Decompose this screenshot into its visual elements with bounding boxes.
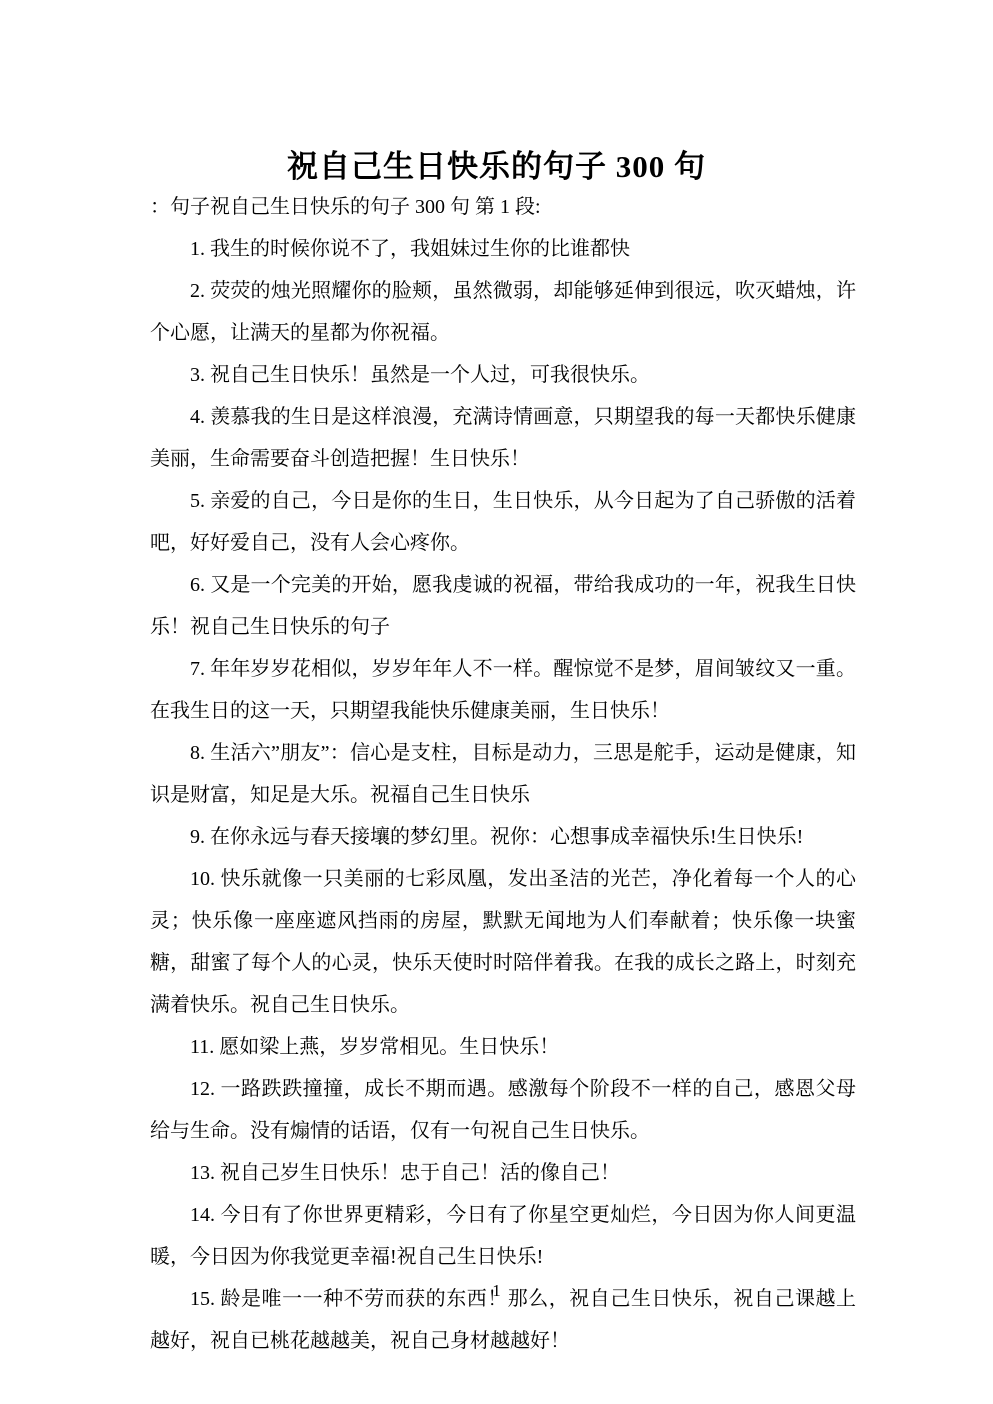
list-item-12: 12. 一路跌跌撞撞，成长不期而遇。感激每个阶段不一样的自己，感恩父母给与生命。… [150, 1068, 856, 1152]
list-item-8: 8. 生活六”朋友”：信心是支柱，目标是动力，三思是舵手，运动是健康，知识是财富… [150, 732, 856, 816]
page-number: 1 [0, 1281, 993, 1301]
list-item-14: 14. 今日有了你世界更精彩，今日有了你星空更灿烂，今日因为你人间更温暖，今日因… [150, 1194, 856, 1278]
list-item-11: 11. 愿如梁上燕，岁岁常相见。生日快乐！ [150, 1026, 856, 1068]
list-item-3: 3. 祝自己生日快乐！虽然是一个人过，可我很快乐。 [150, 354, 856, 396]
paragraph-intro: ：句子祝自己生日快乐的句子 300 句 第 1 段: [150, 186, 856, 228]
list-item-1: 1. 我生的时候你说不了，我姐妹过生你的比谁都快 [150, 228, 856, 270]
list-item-10: 10. 快乐就像一只美丽的七彩凤凰，发出圣洁的光芒，净化着每一个人的心灵；快乐像… [150, 858, 856, 1026]
document-body: ：句子祝自己生日快乐的句子 300 句 第 1 段: 1. 我生的时候你说不了，… [150, 186, 856, 1362]
list-item-7: 7. 年年岁岁花相似，岁岁年年人不一样。醒惊觉不是梦，眉间皱纹又一重。在我生日的… [150, 648, 856, 732]
document-page: 祝自己生日快乐的句子 300 句 ：句子祝自己生日快乐的句子 300 句 第 1… [0, 0, 993, 1404]
list-item-4: 4. 羡慕我的生日是这样浪漫，充满诗情画意，只期望我的每一天都快乐健康美丽，生命… [150, 396, 856, 480]
list-item-2: 2. 荧荧的烛光照耀你的脸颊，虽然微弱，却能够延伸到很远，吹灭蜡烛，许个心愿，让… [150, 270, 856, 354]
list-item-6: 6. 又是一个完美的开始，愿我虔诚的祝福，带给我成功的一年，祝我生日快乐！祝自己… [150, 564, 856, 648]
list-item-9: 9. 在你永远与春天接壤的梦幻里。祝你：心想事成幸福快乐!生日快乐! [150, 816, 856, 858]
list-item-5: 5. 亲爱的自己，今日是你的生日，生日快乐，从今日起为了自己骄傲的活着吧，好好爱… [150, 480, 856, 564]
list-item-13: 13. 祝自己岁生日快乐！忠于自己！活的像自己！ [150, 1152, 856, 1194]
document-title: 祝自己生日快乐的句子 300 句 [0, 141, 993, 186]
